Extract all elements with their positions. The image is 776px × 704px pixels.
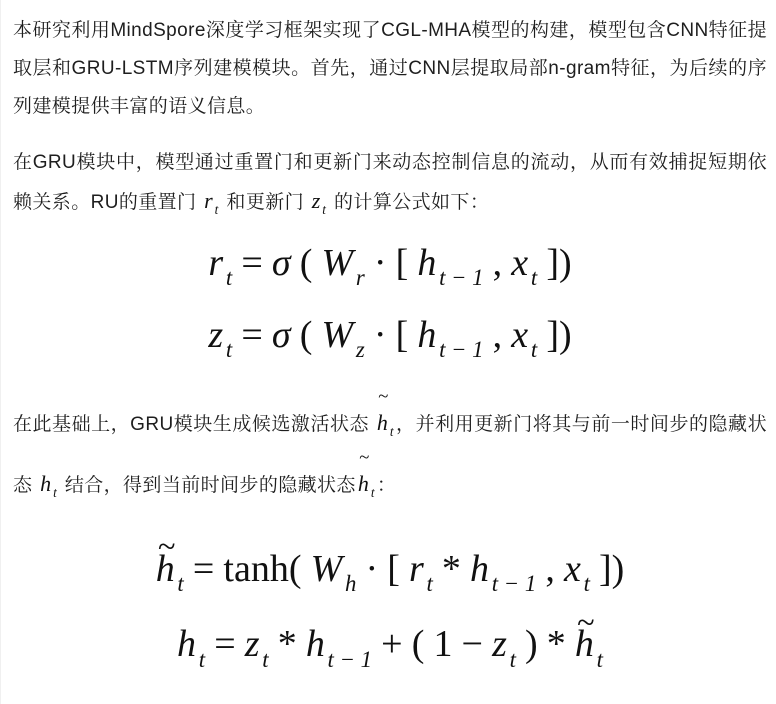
math-subscript: t − 1 [328,647,373,672]
math-operator: , [493,314,503,356]
math-subscript: t − 1 [439,337,484,362]
document-body: 本研究利用MindSpore深度学习框架实现了CGL-MHA模型的构建，模型包含… [1,0,776,704]
math-operator: [ [396,242,409,284]
math-subscript: t [597,647,603,672]
text-run: 在此基础上，GRU模块生成候选激活状态 [13,414,375,435]
math-operator: ) [525,623,538,665]
math-subscript: t − 1 [439,265,484,290]
math-symbol: ht − 1 [306,623,372,665]
math-subscript: t [390,424,394,439]
formula-candidate-activation: h~t=tanh(Wh·[rt*ht − 1,xt]) [13,545,767,599]
math-operator: · [374,314,387,356]
tilde-accent: ~ [359,449,370,468]
math-symbol: σ [272,314,291,356]
math-operator: = [241,242,262,284]
math-operator: [ [387,548,400,590]
math-subscript: t [177,571,183,596]
math-operator: [ [396,314,409,356]
math-symbol: Wh [311,548,357,590]
math-operator: · [365,548,378,590]
math-operator: tanh( [223,548,301,590]
math-symbol: Wz [321,314,364,356]
math-operator: ]) [546,314,571,356]
formula-update-gate: zt=σ(Wz·[ht − 1,xt]) [13,311,767,365]
document-page: { "page": { "background": "#ffffff", "te… [0,0,776,704]
math-symbol: zt [492,623,516,665]
math-symbol: zt [208,314,232,356]
math-symbol: ht − 1 [417,242,483,284]
math-subscript: t [215,202,219,217]
math-operator: * [278,623,297,665]
math-operator: ( [300,314,313,356]
math-operator: 1 [433,623,452,665]
math-subscript: t [426,571,432,596]
tilde-accent: ~ [158,530,175,562]
math-subscript: t [199,647,205,672]
math-symbol: ht − 1 [470,548,536,590]
math-subscript: t [531,337,537,362]
math-symbol: xt [511,242,537,284]
math-operator: ]) [546,242,571,284]
tilde-accent: ~ [378,388,389,407]
math-subscript: t [262,647,268,672]
text-run: 和更新门 [221,192,310,213]
math-symbol: h~t [377,410,394,435]
math-subscript: t [371,485,375,500]
math-operator: − [462,623,483,665]
math-symbol: ht [40,471,57,496]
math-symbol: h~t [575,623,603,665]
math-symbol: h~t [156,548,184,590]
math-symbol: zt [245,623,269,665]
formula-reset-gate: rt=σ(Wr·[ht − 1,xt]) [13,239,767,293]
math-symbol: σ [272,242,291,284]
text-run: 的计算公式如下： [328,192,489,213]
math-symbol: rt [409,548,433,590]
math-operator: · [374,242,387,284]
math-symbol: zt [312,188,327,213]
math-symbol: h~t [358,471,375,496]
math-symbol: xt [564,548,590,590]
math-operator: ( [300,242,313,284]
math-subscript: t [510,647,516,672]
math-subscript: t [226,337,232,362]
text-run: ： [377,475,396,496]
math-operator: = [214,623,235,665]
math-operator: * [442,548,461,590]
formula-block-gates: rt=σ(Wr·[ht − 1,xt]) zt=σ(Wz·[ht − 1,xt]… [13,239,767,365]
paragraph-model-intro: 本研究利用MindSpore深度学习框架实现了CGL-MHA模型的构建，模型包含… [13,12,767,126]
math-subscript: t [531,265,537,290]
math-operator: ( [412,623,425,665]
math-operator: = [241,314,262,356]
math-symbol: Wr [321,242,364,284]
math-symbol: rt [208,242,232,284]
math-symbol: ht − 1 [417,314,483,356]
math-symbol: rt [204,188,219,213]
tilde-accent: ~ [577,606,594,638]
paragraph-candidate-state: 在此基础上，GRU模块生成候选激活状态 h~t，并利用更新门将其与前一时间步的隐… [13,397,767,519]
math-operator: = [193,548,214,590]
math-operator: , [493,242,503,284]
math-subscript: t [226,265,232,290]
math-symbol: xt [511,314,537,356]
math-operator: * [547,623,566,665]
math-subscript: r [356,265,365,290]
math-subscript: t [53,485,57,500]
text-run: 本研究利用MindSpore深度学习框架实现了CGL-MHA模型的构建，模型包含… [13,20,767,117]
formula-hidden-state: ht=zt*ht − 1+(1−zt)*h~t [13,620,767,674]
formula-block-hidden-state: h~t=tanh(Wh·[rt*ht − 1,xt]) ht=zt*ht − 1… [13,545,767,675]
math-subscript: h [345,571,356,596]
math-subscript: t − 1 [492,571,537,596]
math-symbol: ht [177,623,205,665]
math-subscript: t [322,202,326,217]
text-run: 结合，得到当前时间步的隐藏状态 [59,475,356,496]
math-operator: ]) [599,548,624,590]
math-operator: , [545,548,555,590]
math-operator: + [381,623,402,665]
paragraph-gru-gates: 在GRU模块中，模型通过重置门和更新门来动态控制信息的流动，从而有效捕捉短期依赖… [13,144,767,229]
math-subscript: z [356,337,365,362]
math-subscript: t [584,571,590,596]
